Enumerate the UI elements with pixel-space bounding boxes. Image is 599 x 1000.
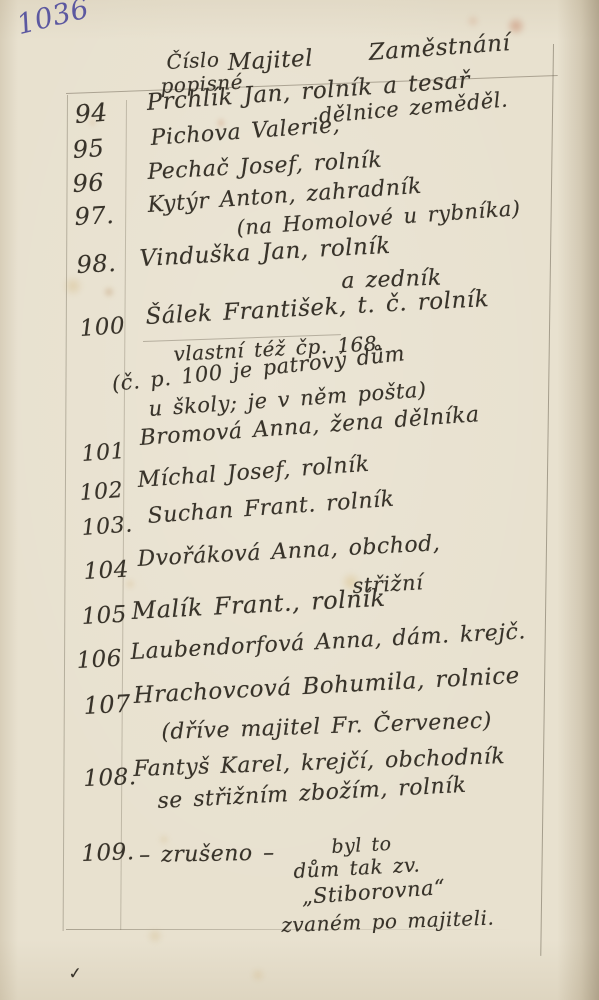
house-number: 108. <box>83 766 137 791</box>
house-number: 101 <box>81 441 126 466</box>
house-number: 105 <box>81 604 128 629</box>
row-line: zvaném po majiteli. <box>281 908 495 935</box>
row-line: Hrachovcová Bohumila, rolnice <box>133 665 520 708</box>
house-number: 96 <box>72 170 105 196</box>
row-line: – zrušeno – <box>139 843 275 867</box>
house-number: 106 <box>76 648 123 673</box>
grid-line-left <box>63 95 69 931</box>
row-line: Laubendorfová Anna, dám. krejč. <box>130 621 526 664</box>
row-line: „Stiborovna“ <box>301 877 446 908</box>
house-number: 94 <box>74 100 108 127</box>
row-line: Pichova Valerie, <box>150 115 341 150</box>
checkmark-icon: ✓ <box>68 965 83 982</box>
header-col-owner: Majitel <box>227 48 314 75</box>
house-number: 98. <box>76 251 117 277</box>
house-number: 100 <box>79 315 126 341</box>
house-number: 102 <box>79 480 124 505</box>
row-line: (dříve majitel Fr. Červenec) <box>161 710 492 744</box>
stain <box>250 968 266 982</box>
row-line: Vinduška Jan, rolník <box>139 235 391 271</box>
stain <box>146 928 164 944</box>
row-line: Suchan Frant. rolník <box>147 489 395 528</box>
house-number: 109. <box>81 841 135 866</box>
stain <box>62 276 84 296</box>
house-number: 107 <box>83 692 132 718</box>
row-line: se střižním zbožím, rolník <box>157 775 467 813</box>
house-number: 95 <box>72 136 105 162</box>
house-number: 104 <box>83 559 130 584</box>
header-col-number-line1: Číslo <box>166 49 220 72</box>
row-line: Míchal Josef, rolník <box>137 454 370 492</box>
stain <box>103 286 115 298</box>
house-number: 97. <box>74 203 115 229</box>
house-number: 103. <box>81 514 133 540</box>
register-page: 1036 Číslo popisné Majitel Zaměstnání 94… <box>0 0 599 1000</box>
row-line: Dvořáková Anna, obchod, <box>137 533 441 571</box>
grid-line-right <box>540 44 554 956</box>
row-line: Malík Frant., rolník <box>131 586 386 623</box>
page-number-stamp: 1036 <box>14 0 92 39</box>
row-line: Šálek František, t. č. rolník <box>145 288 490 329</box>
stain <box>466 14 480 28</box>
header-col-occupation: Zaměstnání <box>368 32 511 65</box>
